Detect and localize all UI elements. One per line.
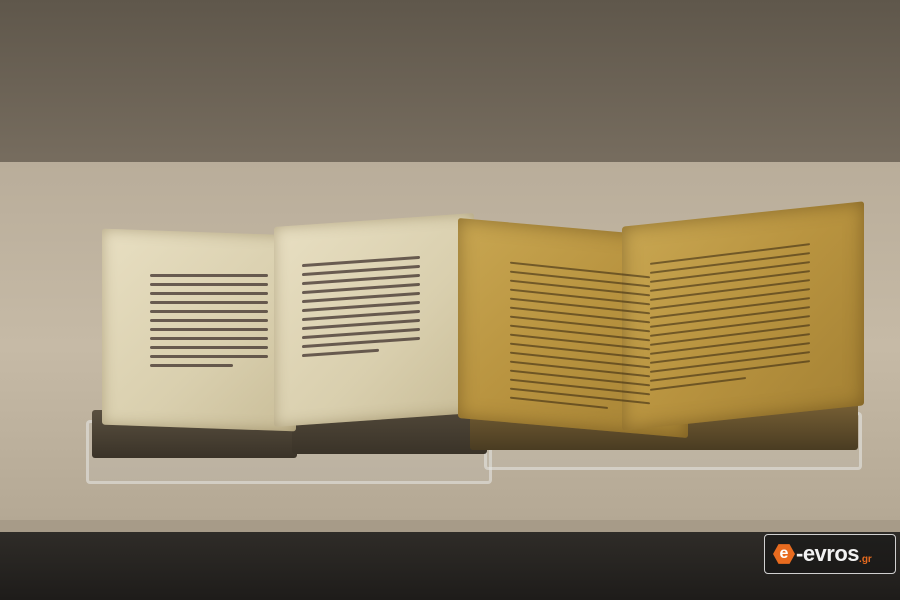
shelf-edge [0,520,900,532]
manuscript-text-right [302,250,420,363]
manuscript-text-left [150,268,268,373]
e-evros-watermark: e -evros .gr [764,534,896,574]
watermark-tld: .gr [859,554,872,565]
background-wall [0,0,900,165]
e-evros-logo-icon: e [773,543,795,565]
watermark-text: -evros [796,541,859,567]
printed-text-left [510,255,650,421]
printed-text-right [650,236,810,398]
